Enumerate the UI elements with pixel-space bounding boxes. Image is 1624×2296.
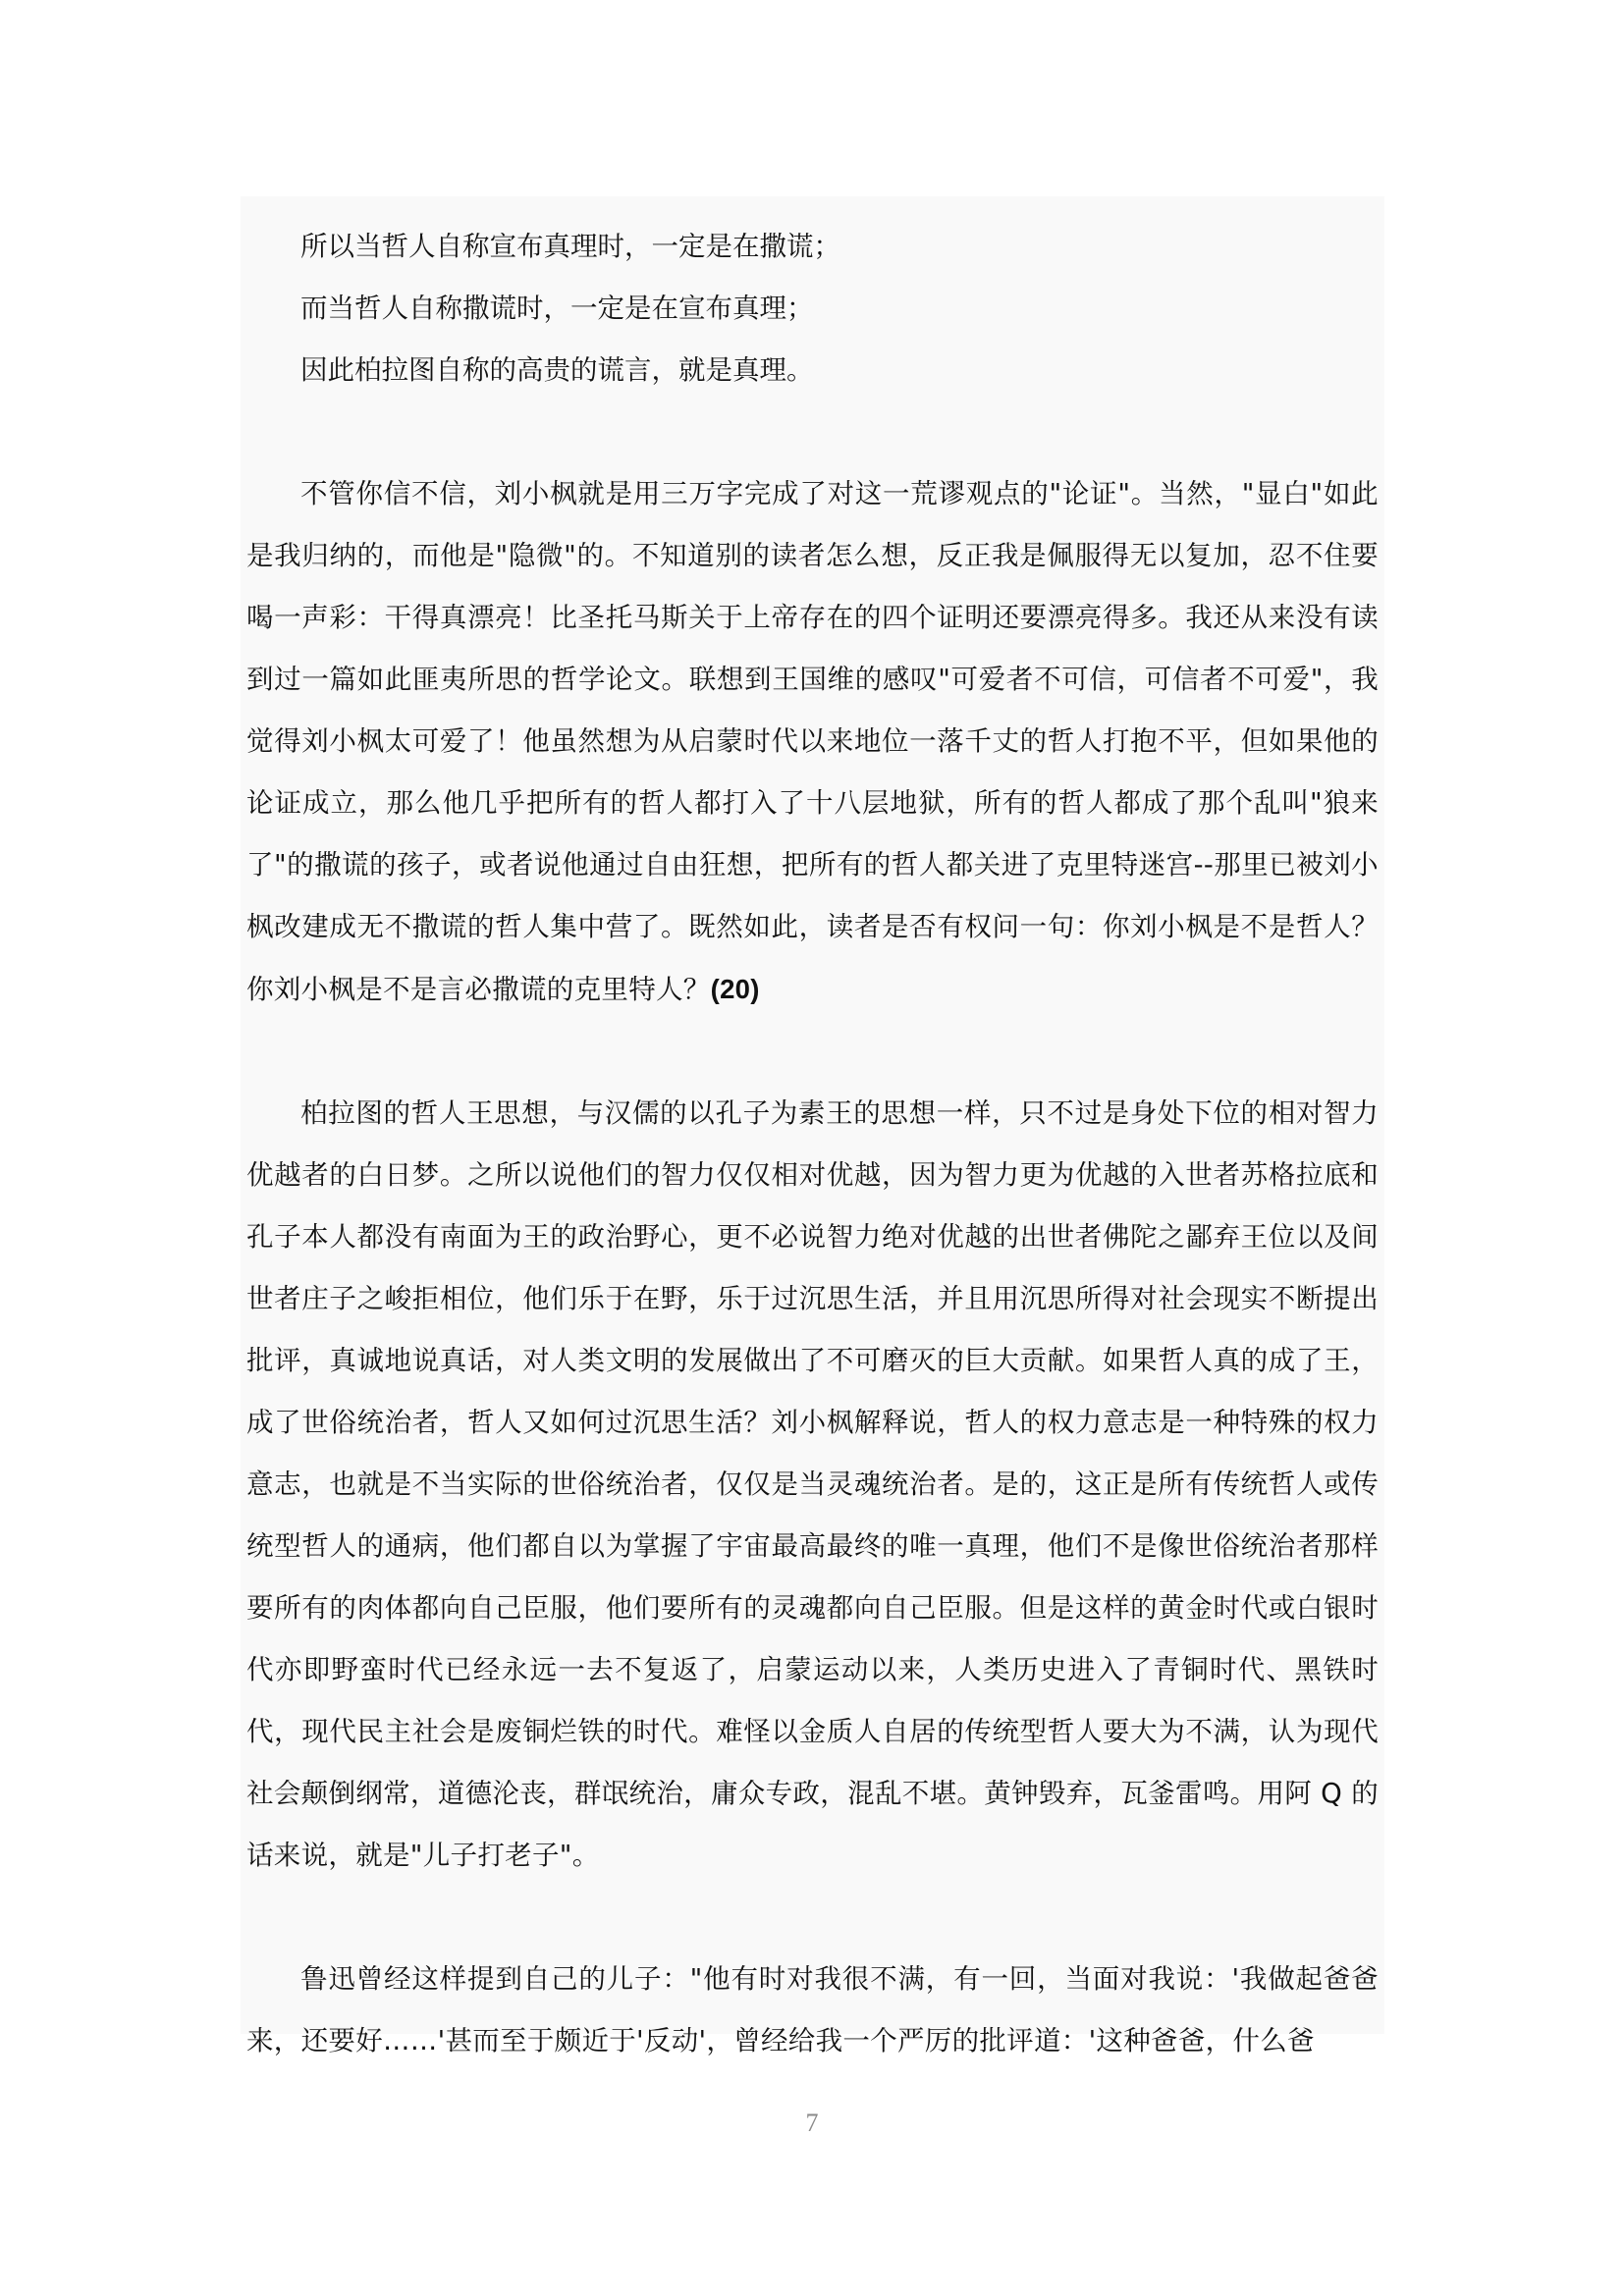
verse-block: 所以当哲人自称宣布真理时，一定是在撒谎； 而当哲人自称撒谎时，一定是在宣布真理；… bbox=[246, 216, 1379, 401]
paragraph: 柏拉图的哲人王思想，与汉儒的以孔子为素王的思想一样，只不过是身处下位的相对智力优… bbox=[246, 1083, 1379, 1887]
footnote-reference[interactable]: (20) bbox=[711, 974, 760, 1004]
verse-line: 因此柏拉图自称的高贵的谎言，就是真理。 bbox=[246, 340, 1379, 401]
paragraph-text: 不管你信不信，刘小枫就是用三万字完成了对这一荒谬观点的"论证"。当然，"显白"如… bbox=[246, 478, 1379, 1005]
verse-line: 而当哲人自称撒谎时，一定是在宣布真理； bbox=[246, 278, 1379, 340]
page-number: 7 bbox=[0, 2109, 1624, 2138]
paragraph-gap bbox=[246, 1887, 1379, 1949]
paragraph: 不管你信不信，刘小枫就是用三万字完成了对这一荒谬观点的"论证"。当然，"显白"如… bbox=[246, 463, 1379, 1021]
page-content: 所以当哲人自称宣布真理时，一定是在撒谎； 而当哲人自称撒谎时，一定是在宣布真理；… bbox=[241, 196, 1384, 2034]
document-page: 所以当哲人自称宣布真理时，一定是在撒谎； 而当哲人自称撒谎时，一定是在宣布真理；… bbox=[0, 0, 1624, 2296]
paragraph-gap bbox=[246, 1021, 1379, 1083]
verse-line: 所以当哲人自称宣布真理时，一定是在撒谎； bbox=[246, 216, 1379, 278]
paragraph: 鲁迅曾经这样提到自己的儿子："他有时对我很不满，有一回，当面对我说：'我做起爸爸… bbox=[246, 1949, 1379, 2072]
paragraph-gap bbox=[246, 401, 1379, 463]
